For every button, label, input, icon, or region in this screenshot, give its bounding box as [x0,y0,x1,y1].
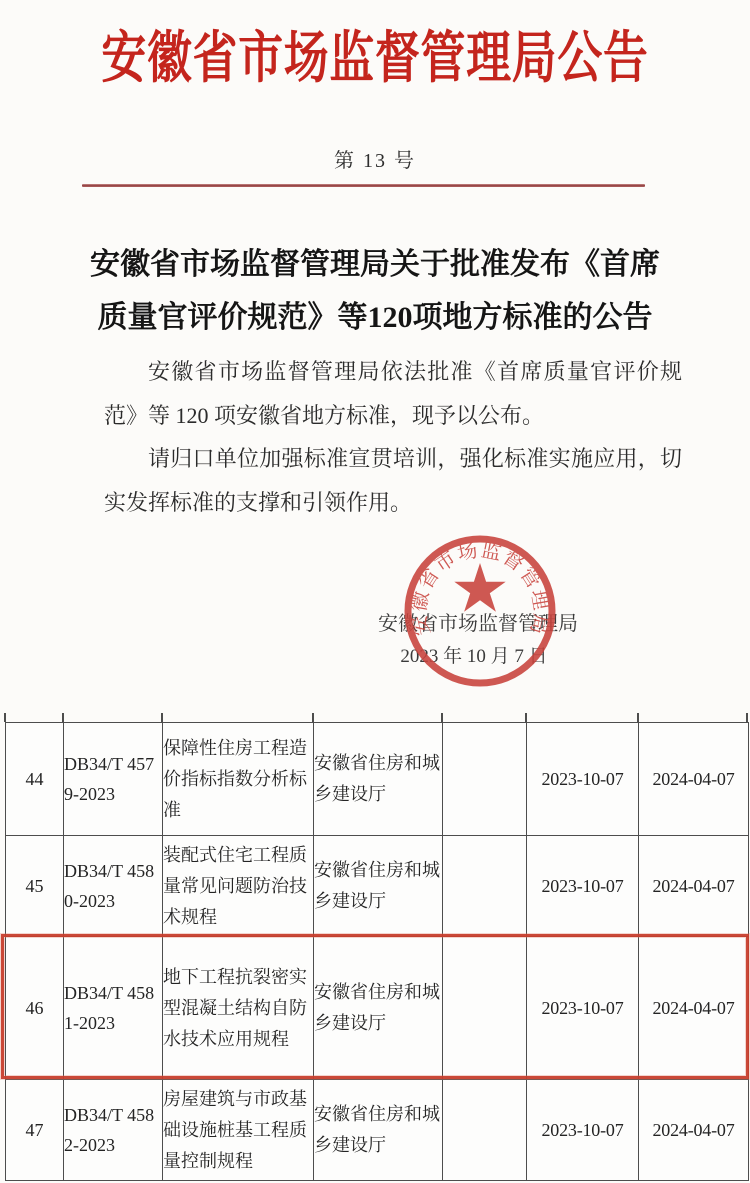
cell-code: DB34/T 4580-2023 [64,836,163,937]
document-number: 第 13 号 [0,144,750,173]
cell-implementation_date: 2024-04-07 [639,1080,749,1181]
document-title: 安徽省市场监督管理局公告 [75,24,675,94]
body-paragraph-1: 安徽省市场监督管理局依法批准《首席质量官评价规范》等 120 项安徽省地方标准，… [104,350,682,437]
table-top-stub [4,713,6,722]
table-top-stub [312,713,314,722]
cell-approval_date: 2023-10-07 [527,836,639,937]
cell-implementation_date: 2024-04-07 [639,723,749,836]
cell-seq: 44 [6,723,64,836]
standards-table: 44DB34/T 4579-2023保障性住房工程造价指标指数分析标准安徽省住房… [5,722,749,1181]
body-paragraph-2: 请归口单位加强标准宣贯培训，强化标准实施应用，切实发挥标准的支撑和引领作用。 [104,437,682,524]
cell-replaced [443,723,527,836]
cell-issuer: 安徽省住房和城乡建设厅 [314,836,443,937]
table-row-47: 47DB34/T 4582-2023房屋建筑与市政基础设施桩基工程质量控制规程安… [6,1080,749,1181]
table-row-45: 45DB34/T 4580-2023装配式住宅工程质量常见问题防治技术规程安徽省… [6,836,749,937]
heading-line-2: 质量官评价规范》等120项地方标准的公告 [98,301,653,334]
table-top-stub [62,713,64,722]
cell-code: DB34/T 4579-2023 [64,723,163,836]
cell-replaced [443,836,527,937]
table-top-stub [161,713,163,722]
cell-issuer: 安徽省住房和城乡建设厅 [314,937,443,1080]
official-seal-stamp-icon: 安徽省市场监督管理局 [399,530,561,692]
table-top-stub [441,713,443,722]
cell-replaced [443,937,527,1080]
table-top-stub [637,713,639,722]
announcement-heading: 安徽省市场监督管理局关于批准发布《首席质量官评价规范》等120项地方标准的公告 [40,238,710,344]
cell-name: 房屋建筑与市政基础设施桩基工程质量控制规程 [163,1080,314,1181]
cell-approval_date: 2023-10-07 [527,937,639,1080]
cell-seq: 47 [6,1080,64,1181]
heading-line-1: 安徽省市场监督管理局关于批准发布《首席 [90,248,660,281]
document-page: 安徽省市场监督管理局公告 第 13 号 安徽省市场监督管理局关于批准发布《首席质… [0,0,750,1183]
cell-seq: 45 [6,836,64,937]
cell-issuer: 安徽省住房和城乡建设厅 [314,1080,443,1181]
table-row-44: 44DB34/T 4579-2023保障性住房工程造价指标指数分析标准安徽省住房… [6,723,749,836]
cell-code: DB34/T 4581-2023 [64,937,163,1080]
table-top-stub [525,713,527,722]
cell-implementation_date: 2024-04-07 [639,836,749,937]
table-row-46: 46DB34/T 4581-2023地下工程抗裂密实型混凝土结构自防水技术应用规… [6,937,749,1080]
announcement-body: 安徽省市场监督管理局依法批准《首席质量官评价规范》等 120 项安徽省地方标准，… [104,350,682,524]
cell-approval_date: 2023-10-07 [527,1080,639,1181]
seal-star-icon [454,563,505,612]
cell-issuer: 安徽省住房和城乡建设厅 [314,723,443,836]
cell-implementation_date: 2024-04-07 [639,937,749,1080]
standards-table-block: 44DB34/T 4579-2023保障性住房工程造价指标指数分析标准安徽省住房… [5,722,749,1181]
cell-name: 装配式住宅工程质量常见问题防治技术规程 [163,836,314,937]
red-divider-line [82,184,645,187]
cell-name: 保障性住房工程造价指标指数分析标准 [163,723,314,836]
table-top-stub [746,713,748,722]
cell-name: 地下工程抗裂密实型混凝土结构自防水技术应用规程 [163,937,314,1080]
cell-approval_date: 2023-10-07 [527,723,639,836]
cell-code: DB34/T 4582-2023 [64,1080,163,1181]
cell-seq: 46 [6,937,64,1080]
cell-replaced [443,1080,527,1181]
